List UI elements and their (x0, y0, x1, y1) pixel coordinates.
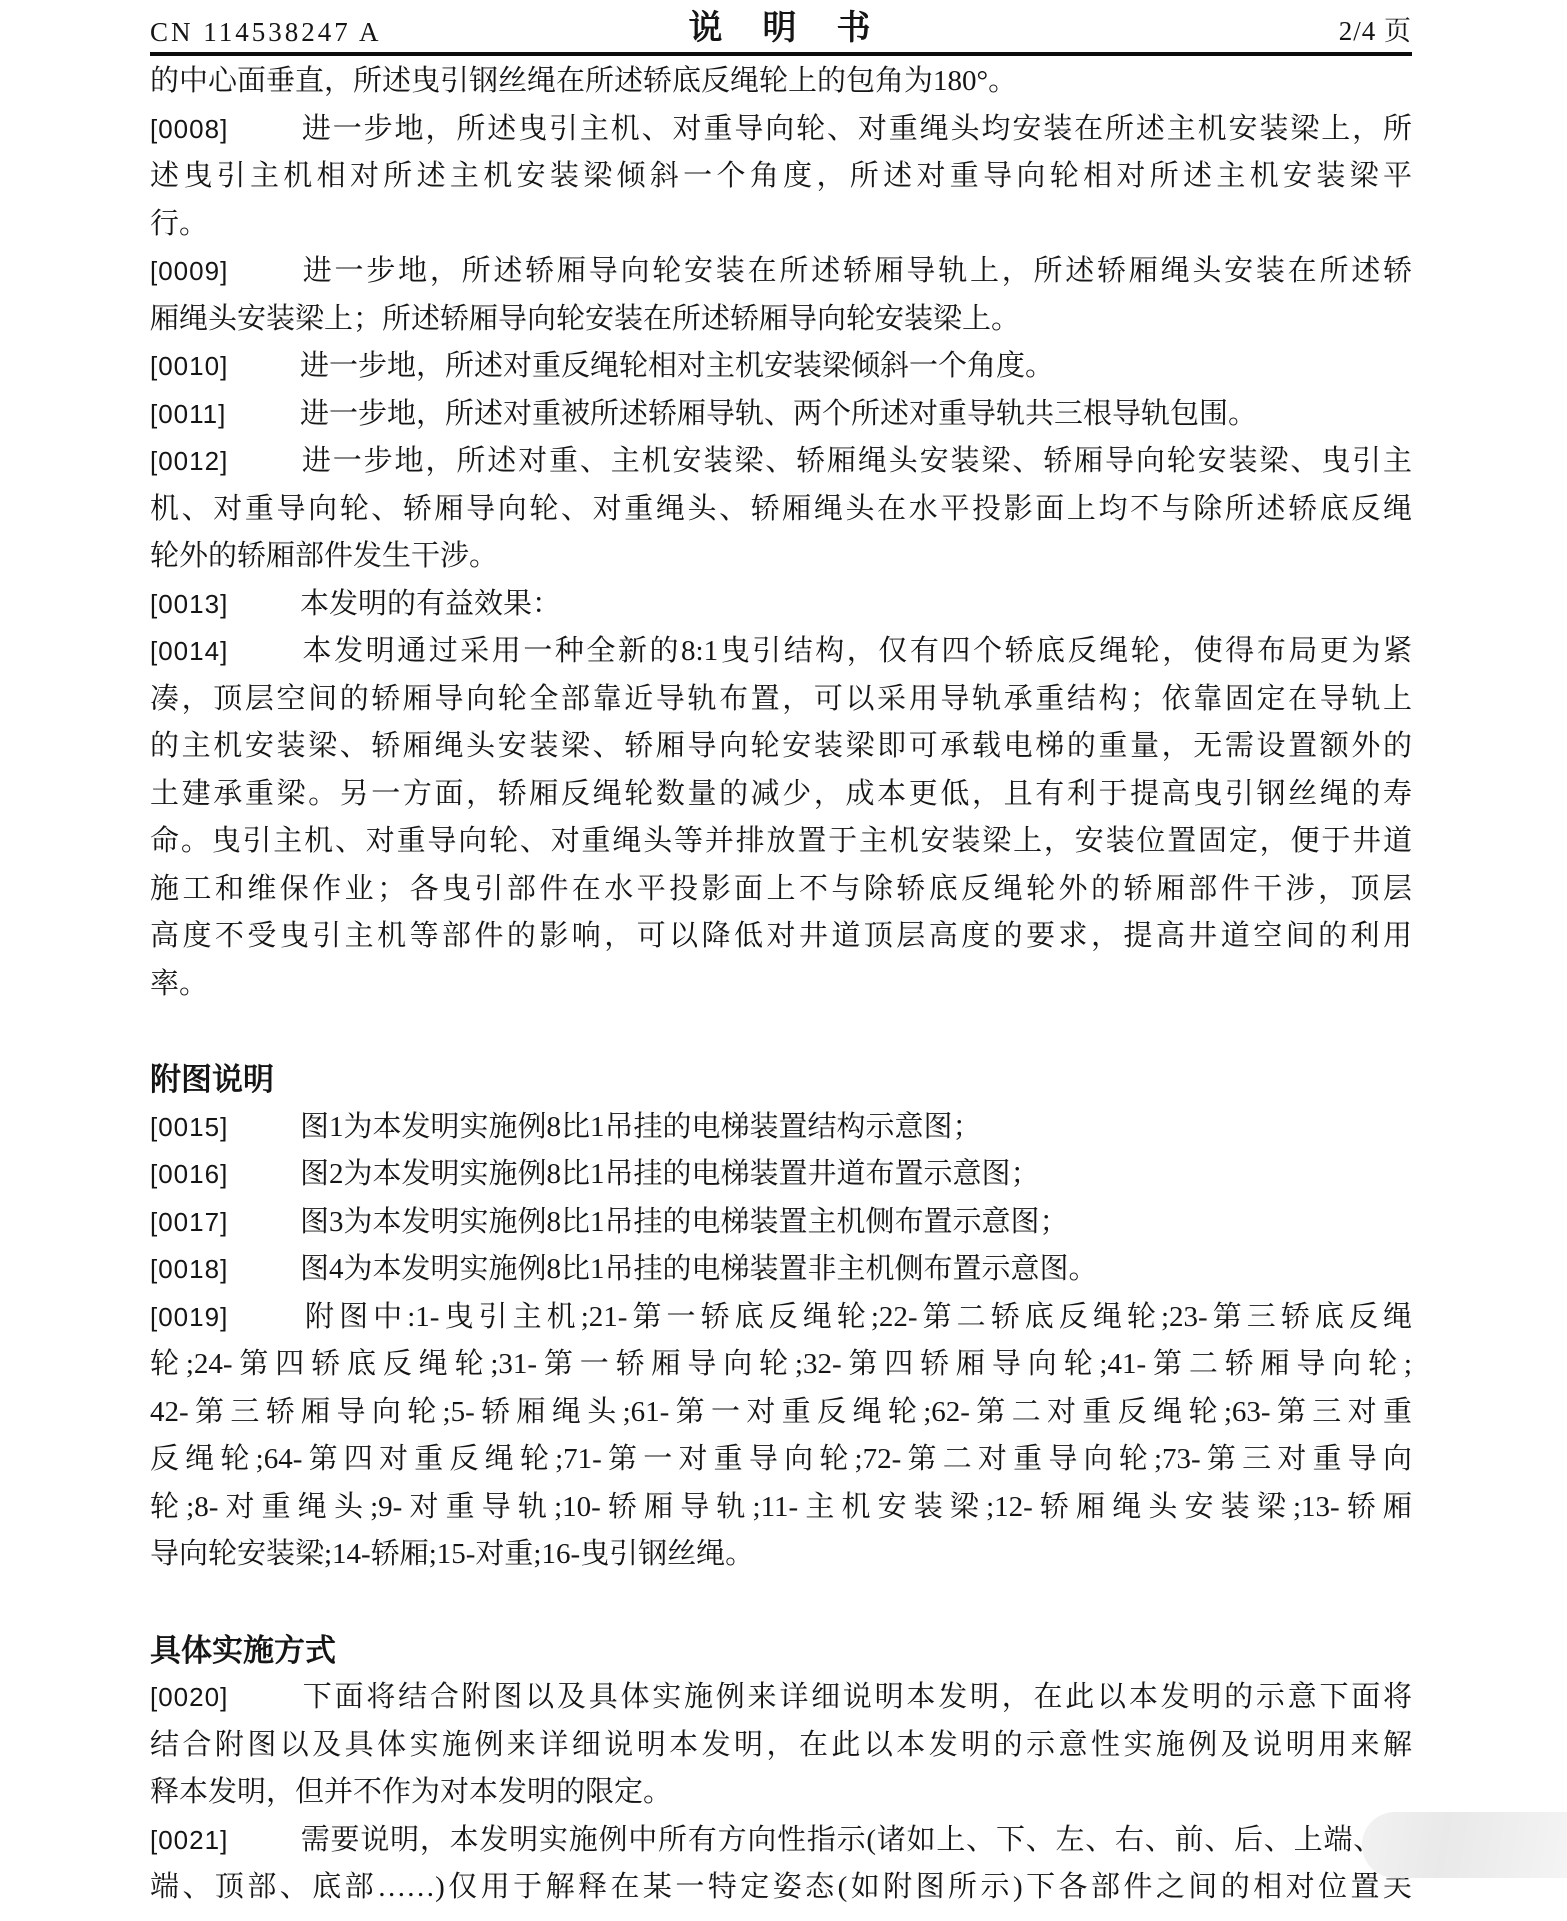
text-line: [0020]下面将结合附图以及具体实施例来详细说明本发明，在此以本发明的示意下面… (150, 1674, 1412, 1722)
watermark-smudge (1362, 1812, 1567, 1878)
text-line: [0019]附图中:1-曳引主机;21-第一轿底反绳轮;22-第二轿底反绳轮;2… (150, 1294, 1412, 1342)
text-line: 轮;8-对重绳头;9-对重导轨;10-轿厢导轨;11-主机安装梁;12-轿厢绳头… (150, 1484, 1412, 1532)
text-line: 率。 (150, 961, 1412, 1009)
text-line: 高度不受曳引主机等部件的影响，可以降低对井道顶层高度的要求，提高井道空间的利用 (150, 913, 1412, 961)
text-line: 反绳轮;64-第四对重反绳轮;71-第一对重导向轮;72-第二对重导向轮;73-… (150, 1436, 1412, 1484)
numbered-paragraph: [0014]本发明通过采用一种全新的8:1曳引结构，仅有四个轿底反绳轮，使得布局… (150, 628, 1412, 1008)
text-line: 厢绳头安装梁上；所述轿厢导向轮安装在所述轿厢导向轮安装梁上。 (150, 296, 1412, 344)
paragraph-number: [0020] (150, 1674, 300, 1722)
paragraph-number: [0016] (150, 1151, 300, 1199)
paragraph-number: [0017] (150, 1199, 300, 1247)
paragraph-number: [0021] (150, 1817, 300, 1865)
numbered-paragraph: [0008]进一步地，所述曳引主机、对重导向轮、对重绳头均安装在所述主机安装梁上… (150, 106, 1412, 249)
paragraph-number: [0013] (150, 581, 300, 629)
patent-specification-page: CN 114538247 A 说 明 书 2/4 页 的中心面垂直，所述曳引钢丝… (0, 0, 1567, 1921)
document-number: CN 114538247 A (150, 17, 382, 48)
paragraph-number: [0018] (150, 1246, 300, 1294)
paragraph-number: [0015] (150, 1104, 300, 1152)
numbered-paragraph: [0020]下面将结合附图以及具体实施例来详细说明本发明，在此以本发明的示意下面… (150, 1674, 1412, 1817)
text-line: [0009]进一步地，所述轿厢导向轮安装在所述轿厢导轨上，所述轿厢绳头安装在所述… (150, 248, 1412, 296)
text-line: [0011]进一步地，所述对重被所述轿厢导轨、两个所述对重导轨共三根导轨包围。 (150, 391, 1412, 439)
text-line: 机、对重导向轮、轿厢导向轮、对重绳头、轿厢绳头在水平投影面上均不与除所述轿底反绳 (150, 486, 1412, 534)
numbered-paragraph: [0019]附图中:1-曳引主机;21-第一轿底反绳轮;22-第二轿底反绳轮;2… (150, 1294, 1412, 1579)
text-line: [0013]本发明的有益效果： (150, 581, 1412, 629)
text-line: 土建承重梁。另一方面，轿厢反绳轮数量的减少，成本更低，且有利于提高曳引钢丝绳的寿 (150, 771, 1412, 819)
numbered-paragraph: [0013]本发明的有益效果： (150, 581, 1412, 629)
page-header: CN 114538247 A 说 明 书 2/4 页 (150, 0, 1412, 56)
paragraph-number: [0010] (150, 343, 300, 391)
text-line: [0012]进一步地，所述对重、主机安装梁、轿厢绳头安装梁、轿厢导向轮安装梁、曳… (150, 438, 1412, 486)
page-number: 2/4 页 (1339, 9, 1412, 48)
text-line: 凑，顶层空间的轿厢导向轮全部靠近导轨布置，可以采用导轨承重结构；依靠固定在导轨上 (150, 676, 1412, 724)
numbered-paragraph: [0015]图1为本发明实施例8比1吊挂的电梯装置结构示意图； (150, 1104, 1412, 1152)
text-line: [0018]图4为本发明实施例8比1吊挂的电梯装置非主机侧布置示意图。 (150, 1246, 1412, 1294)
text-line: 的主机安装梁、轿厢绳头安装梁、轿厢导向轮安装梁即可承载电梯的重量，无需设置额外的 (150, 723, 1412, 771)
section-heading: 附图说明 (150, 1056, 1412, 1104)
paragraph-number: [0014] (150, 628, 300, 676)
numbered-paragraph: [0011]进一步地，所述对重被所述轿厢导轨、两个所述对重导轨共三根导轨包围。 (150, 391, 1412, 439)
text-line: [0016]图2为本发明实施例8比1吊挂的电梯装置井道布置示意图； (150, 1151, 1412, 1199)
section-heading: 具体实施方式 (150, 1627, 1412, 1675)
continuation-paragraph: 的中心面垂直，所述曳引钢丝绳在所述轿底反绳轮上的包角为180°。 (150, 58, 1412, 106)
text-line: 行。 (150, 201, 1412, 249)
numbered-paragraph: [0021]需要说明，本发明实施例中所有方向性指示(诸如上、下、左、右、前、后、… (150, 1817, 1412, 1912)
text-line: [0017]图3为本发明实施例8比1吊挂的电梯装置主机侧布置示意图； (150, 1199, 1412, 1247)
paragraph-number: [0009] (150, 248, 300, 296)
text-line: 施工和维保作业；各曳引部件在水平投影面上不与除轿底反绳轮外的轿厢部件干涉，顶层 (150, 866, 1412, 914)
text-line: 结合附图以及具体实施例来详细说明本发明，在此以本发明的示意性实施例及说明用来解 (150, 1722, 1412, 1770)
paragraph-number: [0019] (150, 1294, 300, 1342)
text-line: [0008]进一步地，所述曳引主机、对重导向轮、对重绳头均安装在所述主机安装梁上… (150, 106, 1412, 154)
numbered-paragraph: [0009]进一步地，所述轿厢导向轮安装在所述轿厢导轨上，所述轿厢绳头安装在所述… (150, 248, 1412, 343)
text-line: 轮;24-第四轿底反绳轮;31-第一轿厢导向轮;32-第四轿厢导向轮;41-第二… (150, 1341, 1412, 1389)
numbered-paragraph: [0010]进一步地，所述对重反绳轮相对主机安装梁倾斜一个角度。 (150, 343, 1412, 391)
document-body: 的中心面垂直，所述曳引钢丝绳在所述轿底反绳轮上的包角为180°。[0008]进一… (150, 58, 1412, 1912)
numbered-paragraph: [0012]进一步地，所述对重、主机安装梁、轿厢绳头安装梁、轿厢导向轮安装梁、曳… (150, 438, 1412, 581)
paragraph-number: [0008] (150, 106, 300, 154)
text-line: 导向轮安装梁;14-轿厢;15-对重;16-曳引钢丝绳。 (150, 1531, 1412, 1579)
text-line: 述曳引主机相对所述主机安装梁倾斜一个角度，所述对重导向轮相对所述主机安装梁平 (150, 153, 1412, 201)
numbered-paragraph: [0017]图3为本发明实施例8比1吊挂的电梯装置主机侧布置示意图； (150, 1199, 1412, 1247)
numbered-paragraph: [0018]图4为本发明实施例8比1吊挂的电梯装置非主机侧布置示意图。 (150, 1246, 1412, 1294)
text-line: [0010]进一步地，所述对重反绳轮相对主机安装梁倾斜一个角度。 (150, 343, 1412, 391)
text-line: 命。曳引主机、对重导向轮、对重绳头等并排放置于主机安装梁上，安装位置固定，便于井… (150, 818, 1412, 866)
text-line: 的中心面垂直，所述曳引钢丝绳在所述轿底反绳轮上的包角为180°。 (150, 58, 1412, 106)
text-line: 42-第三轿厢导向轮;5-轿厢绳头;61-第一对重反绳轮;62-第二对重反绳轮;… (150, 1389, 1412, 1437)
text-line: 端、顶部、底部……)仅用于解释在某一特定姿态(如附图所示)下各部件之间的相对位置… (150, 1864, 1412, 1912)
text-line: 轮外的轿厢部件发生干涉。 (150, 533, 1412, 581)
paragraph-number: [0012] (150, 438, 300, 486)
document-title: 说 明 书 (689, 0, 874, 49)
text-line: [0014]本发明通过采用一种全新的8:1曳引结构，仅有四个轿底反绳轮，使得布局… (150, 628, 1412, 676)
text-line: [0021]需要说明，本发明实施例中所有方向性指示(诸如上、下、左、右、前、后、… (150, 1817, 1412, 1865)
paragraph-number: [0011] (150, 391, 300, 439)
numbered-paragraph: [0016]图2为本发明实施例8比1吊挂的电梯装置井道布置示意图； (150, 1151, 1412, 1199)
text-line: 释本发明，但并不作为对本发明的限定。 (150, 1769, 1412, 1817)
text-line: [0015]图1为本发明实施例8比1吊挂的电梯装置结构示意图； (150, 1104, 1412, 1152)
